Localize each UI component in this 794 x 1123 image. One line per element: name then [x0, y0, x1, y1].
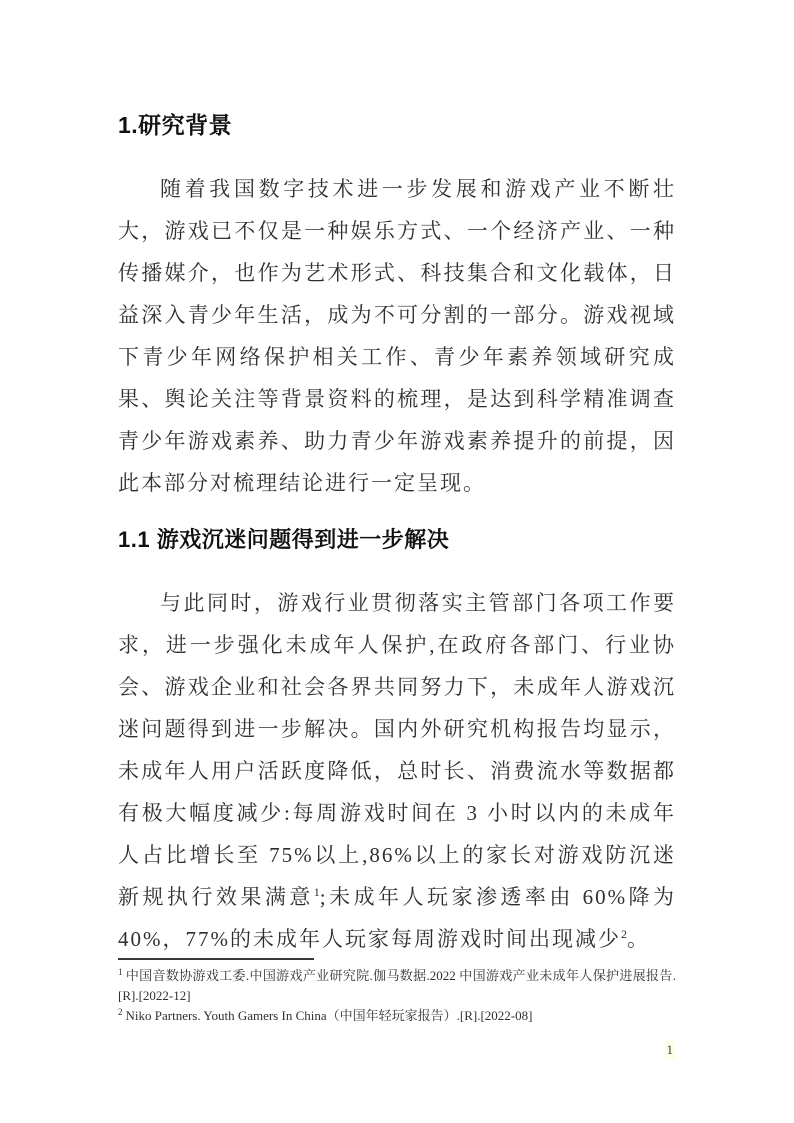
paragraph-research-background-text: 随着我国数字技术进一步发展和游戏产业不断壮大，游戏已不仅是一种娱乐方式、一个经济…	[118, 177, 676, 495]
paragraph-research-background: 随着我国数字技术进一步发展和游戏产业不断壮大，游戏已不仅是一种娱乐方式、一个经济…	[118, 168, 676, 504]
footnote-1: 1中国音数协游戏工委.中国游戏产业研究院.伽马数据.2022 中国游戏产业未成年…	[118, 966, 676, 1006]
page-content: 1.研究背景 随着我国数字技术进一步发展和游戏产业不断壮大，游戏已不仅是一种娱乐…	[118, 110, 676, 960]
footnote-separator-rule	[118, 958, 314, 960]
page-number: 1	[665, 1041, 676, 1059]
footnote-1-marker: 1	[118, 967, 123, 977]
section-heading: 1.研究背景	[118, 110, 676, 140]
footnote-2-marker: 2	[118, 1007, 123, 1017]
footnote-1-text: 中国音数协游戏工委.中国游戏产业研究院.伽马数据.2022 中国游戏产业未成年人…	[118, 968, 676, 1003]
footnote-2: 2Niko Partners. Youth Gamers In China（中国…	[118, 1006, 676, 1026]
paragraph-game-addiction-text-1: 与此同时，游戏行业贯彻落实主管部门各项工作要求，进一步强化未成年人保护,在政府各…	[118, 591, 676, 909]
subsection-heading: 1.1 游戏沉迷问题得到进一步解决	[118, 526, 676, 554]
footnote-2-text: Niko Partners. Youth Gamers In China（中国年…	[126, 1008, 533, 1023]
paragraph-game-addiction: 与此同时，游戏行业贯彻落实主管部门各项工作要求，进一步强化未成年人保护,在政府各…	[118, 582, 676, 960]
paragraph-game-addiction-text-3: 。	[627, 927, 650, 951]
document-page: 1.研究背景 随着我国数字技术进一步发展和游戏产业不断壮大，游戏已不仅是一种娱乐…	[0, 0, 794, 1123]
footnotes-section: 1中国音数协游戏工委.中国游戏产业研究院.伽马数据.2022 中国游戏产业未成年…	[118, 958, 676, 1026]
